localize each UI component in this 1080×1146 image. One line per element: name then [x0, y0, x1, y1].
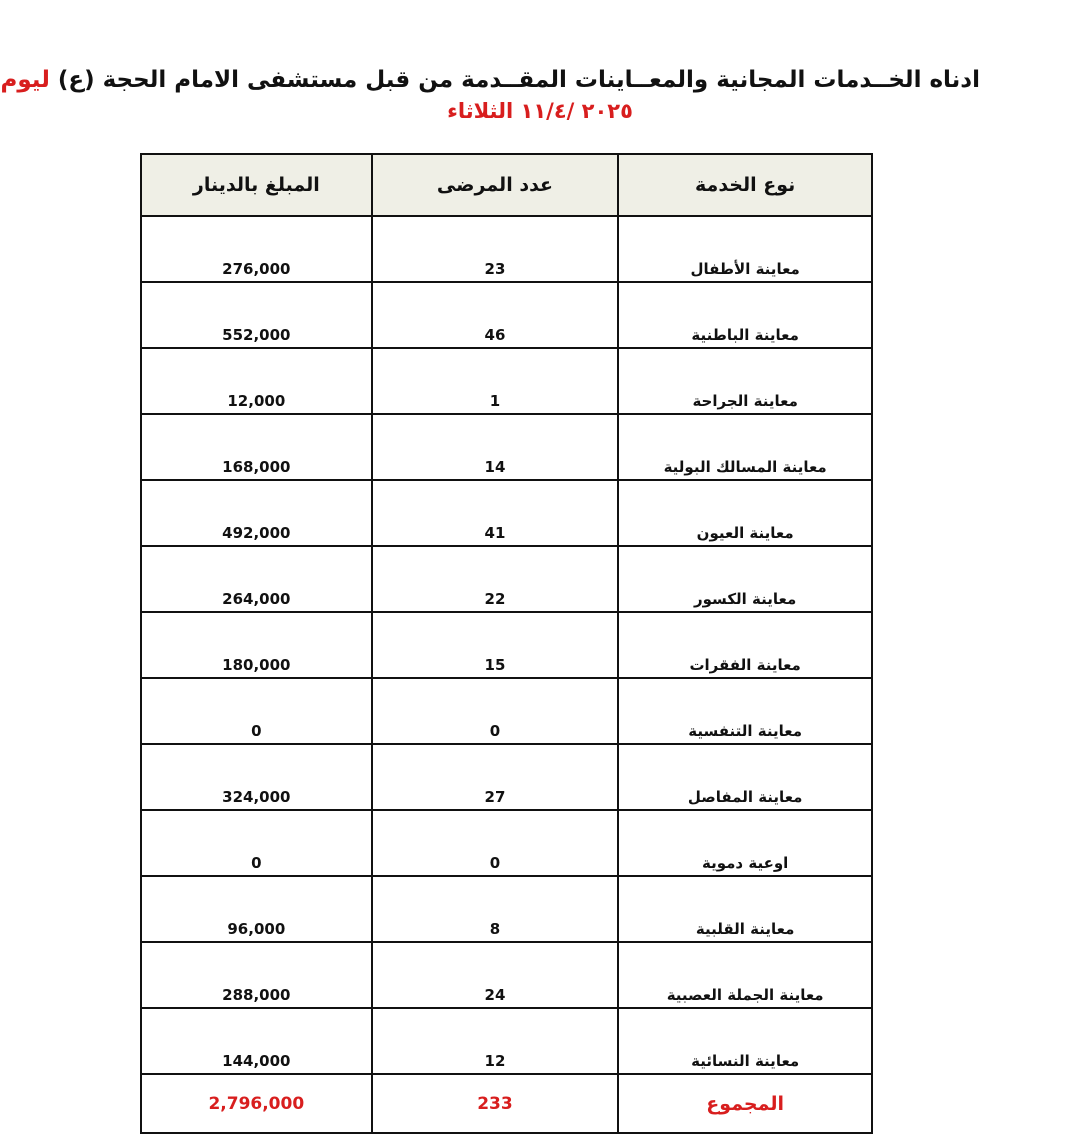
service-cell: معاينة الأطفال	[618, 216, 872, 282]
table-row: معاينة الأطفال 23 276,000	[141, 216, 872, 282]
total-label: المجموع	[618, 1074, 872, 1133]
header-patient-count: عدد المرضى	[372, 154, 619, 216]
patients-cell: 1	[372, 348, 619, 414]
table-row: معاينة الجراحة 1 12,000	[141, 348, 872, 414]
service-cell: معاينة المسالك البولية	[618, 414, 872, 480]
service-cell: معاينة الفقرات	[618, 612, 872, 678]
service-cell: معاينة الجراحة	[618, 348, 872, 414]
table-row: معاينة الفقرات 15 180,000	[141, 612, 872, 678]
patients-cell: 23	[372, 216, 619, 282]
patients-cell: 0	[372, 810, 619, 876]
table-row: معاينة الباطنية 46 552,000	[141, 282, 872, 348]
services-table: نوع الخدمة عدد المرضى المبلغ بالدينار مع…	[140, 153, 873, 1134]
service-cell: معاينة المفاصل	[618, 744, 872, 810]
amount-cell: 144,000	[141, 1008, 372, 1074]
amount-cell: 12,000	[141, 348, 372, 414]
service-cell: معاينة القلبية	[618, 876, 872, 942]
patients-cell: 14	[372, 414, 619, 480]
service-cell: معاينة التنفسية	[618, 678, 872, 744]
patients-cell: 15	[372, 612, 619, 678]
title-date-line: ٢٠٢٥ /١١/٤ الثلاثاء	[100, 96, 980, 126]
patients-cell: 22	[372, 546, 619, 612]
table-row: معاينة الجملة العصبية 24 288,000	[141, 942, 872, 1008]
table-header-row: نوع الخدمة عدد المرضى المبلغ بالدينار	[141, 154, 872, 216]
amount-cell: 552,000	[141, 282, 372, 348]
amount-cell: 180,000	[141, 612, 372, 678]
service-cell: معاينة الباطنية	[618, 282, 872, 348]
amount-cell: 264,000	[141, 546, 372, 612]
table-row: معاينة النسائية 12 144,000	[141, 1008, 872, 1074]
amount-cell: 0	[141, 678, 372, 744]
title-line-1: ادناه الخــدمات المجانية والمعــاينات ال…	[100, 62, 980, 98]
table-row: معاينة الكسور 22 264,000	[141, 546, 872, 612]
table-row: معاينة القلبية 8 96,000	[141, 876, 872, 942]
amount-cell: 96,000	[141, 876, 372, 942]
table-row: معاينة المسالك البولية 14 168,000	[141, 414, 872, 480]
amount-cell: 492,000	[141, 480, 372, 546]
report-title: ادناه الخــدمات المجانية والمعــاينات ال…	[100, 62, 980, 126]
service-cell: معاينة الجملة العصبية	[618, 942, 872, 1008]
header-service-type: نوع الخدمة	[618, 154, 872, 216]
patients-cell: 41	[372, 480, 619, 546]
service-cell: معاينة الكسور	[618, 546, 872, 612]
amount-cell: 324,000	[141, 744, 372, 810]
table-row: اوعية دموية 0 0	[141, 810, 872, 876]
header-amount-dinar: المبلغ بالدينار	[141, 154, 372, 216]
amount-cell: 0	[141, 810, 372, 876]
service-cell: معاينة العيون	[618, 480, 872, 546]
amount-cell: 288,000	[141, 942, 372, 1008]
table-row: معاينة العيون 41 492,000	[141, 480, 872, 546]
patients-cell: 27	[372, 744, 619, 810]
patients-cell: 8	[372, 876, 619, 942]
title-main-text: ادناه الخــدمات المجانية والمعــاينات ال…	[50, 67, 980, 93]
table-row: معاينة التنفسية 0 0	[141, 678, 872, 744]
service-cell: اوعية دموية	[618, 810, 872, 876]
service-cell: معاينة النسائية	[618, 1008, 872, 1074]
total-row: المجموع 233 2,796,000	[141, 1074, 872, 1133]
amount-cell: 168,000	[141, 414, 372, 480]
amount-cell: 276,000	[141, 216, 372, 282]
patients-cell: 0	[372, 678, 619, 744]
total-patients: 233	[372, 1074, 619, 1133]
patients-cell: 24	[372, 942, 619, 1008]
title-highlight-text: ليوم	[1, 67, 50, 93]
total-amount: 2,796,000	[141, 1074, 372, 1133]
patients-cell: 46	[372, 282, 619, 348]
table-row: معاينة المفاصل 27 324,000	[141, 744, 872, 810]
patients-cell: 12	[372, 1008, 619, 1074]
